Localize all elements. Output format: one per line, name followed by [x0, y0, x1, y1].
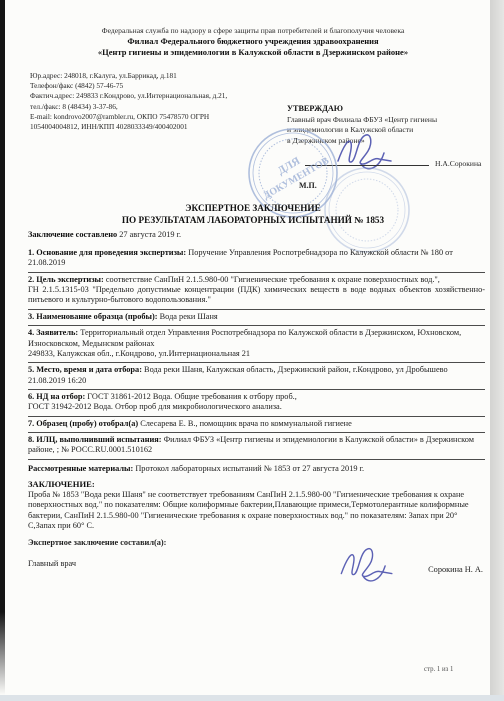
stamp-text-line2: ДОКУМЕНТОВ: [261, 155, 331, 202]
conclusion-heading: ЗАКЛЮЧЕНИЕ:: [28, 479, 485, 490]
section-laboratory: 8. ИЛЦ, выполнивший испытания: Филиал ФБ…: [28, 433, 485, 460]
signoff-name: Сорокина Н. А.: [428, 565, 483, 575]
section-text: Слесарева Е. В., помощник врача по комму…: [140, 419, 352, 428]
document-page: Федеральная служба по надзору в сфере за…: [0, 0, 504, 701]
section-label: 4. Заявитель:: [28, 328, 78, 337]
approval-title: УТВЕРЖДАЮ: [287, 103, 487, 114]
section-text: соответствие СанПиН 2.1.5.980-00 "Гигиен…: [106, 275, 440, 284]
signoff-label: Экспертное заключение составил(а):: [28, 538, 485, 548]
document-title: ЭКСПЕРТНОЕ ЗАКЛЮЧЕНИЕ ПО РЕЗУЛЬТАТАМ ЛАБ…: [24, 203, 482, 226]
section-sample-name: 3. Наименование образца (пробы): Вода ре…: [28, 310, 485, 326]
section-sampling-place: 5. Место, время и дата отбора: Вода реки…: [28, 363, 485, 390]
letterhead: Федеральная служба по надзору в сфере за…: [24, 26, 482, 58]
section-text: ГОСТ 31861-2012 Вода. Общие требования к…: [87, 392, 297, 401]
section-text: Вода реки Шаня: [160, 312, 218, 321]
center-name: «Центр гигиены и эпидемиологии в Калужск…: [24, 47, 482, 58]
section-text: Вода реки Шаня, Калужская область, Дзерж…: [144, 365, 448, 374]
document-body: 1. Основание для проведения экспертизы: …: [28, 246, 485, 597]
scan-edge-left: [0, 0, 5, 695]
page-number: стр. 1 из 1: [424, 666, 453, 673]
email-okpo: E-mail: kondrovo2007@rambler.ru, ОКПО 75…: [30, 112, 290, 122]
actual-phone: тел./факс: 8 (48434) 3-37-86,: [30, 102, 290, 112]
title-line2: ПО РЕЗУЛЬТАТАМ ЛАБОРАТОРНЫХ ИСПЫТАНИЙ № …: [24, 215, 482, 227]
composed-date-line: Заключение составлено 27 августа 2019 г.: [28, 230, 181, 239]
chief-doctor-signature: [335, 131, 397, 173]
conclusion-body: Проба № 1853 "Вода реки Шаня" не соответ…: [28, 490, 485, 531]
section-text2: 249833, Калужская обл., г.Кондрово, ул.И…: [28, 349, 485, 359]
section-label: 7. Образец (пробу) отобрал(а): [28, 419, 138, 428]
section-label: 6. НД на отбор:: [28, 392, 85, 401]
approval-block: УТВЕРЖДАЮ Главный врач Филиала ФБУЗ «Цен…: [287, 103, 487, 146]
approver-name: Н.А.Сорокина: [435, 159, 481, 169]
section-label: 1. Основание для проведения экспертизы:: [28, 248, 186, 257]
conclusion-body-block: Проба № 1853 "Вода реки Шаня" не соответ…: [28, 490, 485, 531]
section-sampling-standard: 6. НД на отбор: ГОСТ 31861-2012 Вода. Об…: [28, 390, 485, 417]
org-address-block: Юр.адрес: 248018, г.Калуга, ул.Баррикад,…: [30, 71, 290, 132]
legal-address: Юр.адрес: 248018, г.Калуга, ул.Баррикад,…: [30, 71, 290, 81]
section-label: 2. Цель экспертизы:: [28, 275, 104, 284]
section-basis: 1. Основание для проведения экспертизы: …: [28, 246, 485, 273]
composed-date-label: Заключение составлено: [28, 230, 117, 239]
phone-fax: Телефон/факс (4842) 57-46-75: [30, 81, 290, 91]
signature-line: [305, 165, 429, 166]
section-text2: ГН 2.1.5.1315-03 "Предельно допустимые к…: [28, 285, 485, 306]
title-line1: ЭКСПЕРТНОЕ ЗАКЛЮЧЕНИЕ: [24, 203, 482, 215]
actual-address: Фактич.адрес: 249833 г.Кондрово, ул.Инте…: [30, 91, 290, 101]
reviewed-materials: Рассмотренные материалы: Протокол лабора…: [28, 460, 485, 474]
section-purpose: 2. Цель экспертизы: соответствие СанПиН …: [28, 273, 485, 310]
section-label: 3. Наименование образца (пробы):: [28, 312, 158, 321]
scan-edge-bottom: [0, 695, 504, 701]
inn-kpp: 1054004004812, ИНН/КПП 4028033349/400402…: [30, 122, 290, 132]
branch-name: Филиал Федерального бюджетного учреждени…: [24, 36, 482, 47]
expert-signature: [338, 545, 398, 585]
agency-name: Федеральная служба по надзору в сфере за…: [24, 26, 482, 36]
section-text2: ГОСТ 31942-2012 Вода. Отбор проб для мик…: [28, 402, 485, 412]
section-applicant: 4. Заявитель: Территориальный отдел Упра…: [28, 326, 485, 363]
scan-edge-right: [490, 0, 504, 701]
section-sampler: 7. Образец (пробу) отобрал(а) Слесарева …: [28, 417, 485, 433]
section-text2: 21.08.2019 16:20: [28, 376, 485, 386]
stamp-text-line1: ДЛЯ: [276, 155, 303, 177]
signoff-row: Главный врач Сорокина Н. А.: [28, 557, 485, 597]
section-label: 5. Место, время и дата отбора:: [28, 365, 142, 374]
section-text: Территориальный отдел Управления Роспотр…: [28, 328, 461, 347]
materials-label: Рассмотренные материалы:: [28, 464, 133, 473]
signoff-position: Главный врач: [28, 559, 76, 569]
materials-text: Протокол лабораторных испытаний № 1853 о…: [135, 464, 364, 473]
approval-line: Главный врач Филиала ФБУЗ «Центр гигиены: [287, 115, 487, 125]
composed-date-value: 27 августа 2019 г.: [119, 230, 181, 239]
section-label: 8. ИЛЦ, выполнивший испытания:: [28, 435, 162, 444]
seal-place-abbr: М.П.: [299, 181, 317, 192]
